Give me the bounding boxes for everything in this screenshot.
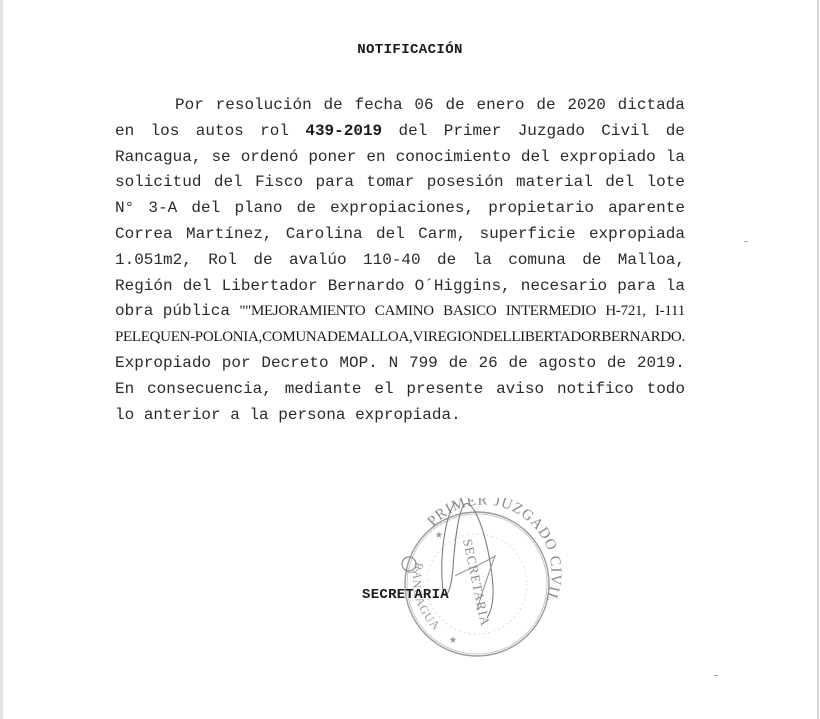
body-word: Malloa, <box>618 248 685 274</box>
svg-text:★: ★ <box>449 632 457 647</box>
body-word: de <box>253 248 272 274</box>
body-line: N°3-Adelplanodeexpropiaciones,propietari… <box>115 196 685 222</box>
body-word: LIBERTADOR <box>511 325 601 351</box>
body-word: de <box>582 248 601 274</box>
body-word: Carm, <box>418 222 466 248</box>
body-word: H-721, <box>605 299 645 325</box>
body-word: 110-40 <box>363 248 421 274</box>
body-word: superficie <box>480 222 576 248</box>
body-word: Expropiado <box>115 351 211 377</box>
body-word: de <box>324 93 343 119</box>
body-word: de <box>509 351 528 377</box>
body-word: 1.051m2, <box>115 248 192 274</box>
body-word: se <box>211 145 230 171</box>
body-word: Región <box>115 274 173 300</box>
body-word: para <box>316 170 354 196</box>
body-word: Rol <box>208 248 237 274</box>
body-word: Fisco <box>255 170 303 196</box>
body-word: en <box>366 145 385 171</box>
body-word: En <box>115 377 134 403</box>
svg-text:★: ★ <box>435 527 443 542</box>
body-word: CAMINO <box>375 299 434 325</box>
body-word: 3-A <box>148 196 177 222</box>
body-word: la <box>249 406 278 424</box>
body-line: Porresolucióndefecha06deenerode2020dicta… <box>115 93 685 119</box>
body-word: poner <box>308 145 356 171</box>
body-word: de <box>536 93 555 119</box>
body-word: conocimiento <box>396 145 511 171</box>
body-line: obrapública""MEJORAMIENTOCAMINOBASICOINT… <box>115 299 685 325</box>
body-word: Bernardo <box>328 274 405 300</box>
document-title: NOTIFICACIÓN <box>0 42 820 58</box>
body-word: MALLOA, <box>347 325 413 351</box>
body-word: a <box>230 406 249 424</box>
body-word: la <box>666 145 685 171</box>
body-word: material <box>516 170 593 196</box>
body-word: fecha <box>355 93 403 119</box>
body-word: aviso <box>496 377 544 403</box>
body-line: solicituddelFiscoparatomarposesiónmateri… <box>115 170 685 196</box>
body-word: agosto <box>539 351 597 377</box>
case-number: 439-2019 <box>305 119 382 145</box>
body-line: 1.051m2,Roldeavalúo110-40delacomunadeMal… <box>115 248 685 274</box>
body-word: de <box>445 93 464 119</box>
body-word: lote <box>646 170 684 196</box>
body-word: lo <box>115 406 144 424</box>
body-word: expropiada. <box>355 406 461 424</box>
body-word: del <box>191 196 220 222</box>
body-word: la <box>473 248 492 274</box>
body-word: COMUNA <box>262 325 327 351</box>
body-word: expropiado <box>560 145 656 171</box>
body-word: posesión <box>427 170 504 196</box>
body-word: enero <box>477 93 525 119</box>
body-word: tomar <box>366 170 414 196</box>
body-word: autos <box>196 119 244 145</box>
body-line: Enconsecuencia,medianteelpresenteavisono… <box>115 377 685 403</box>
body-word: 2020 <box>567 93 605 119</box>
body-word: resolución <box>216 93 312 119</box>
body-word: del <box>376 222 405 248</box>
body-word: aparente <box>608 196 685 222</box>
body-word: consecuencia, <box>147 377 272 403</box>
body-line: PELEQUEN-POLONIA,COMUNADEMALLOA,VIREGION… <box>115 325 685 351</box>
body-word: anterior <box>144 406 230 424</box>
body-word: del <box>399 119 428 145</box>
body-word: rol <box>260 119 289 145</box>
body-word: todo <box>647 377 685 403</box>
court-seal: PRIMER JUZGADO CIVIL RANCAGUA SECRETARIA… <box>395 498 565 658</box>
body-word: Juzgado <box>518 119 585 145</box>
body-line: Rancagua,seordenóponerenconocimientodele… <box>115 145 685 171</box>
body-word: de <box>449 351 468 377</box>
body-word: MOP. <box>339 351 377 377</box>
body-word: ""MEJORAMIENTO <box>239 299 365 325</box>
body-word: comuna <box>508 248 566 274</box>
body-word: de <box>666 119 685 145</box>
body-word: 2019. <box>637 351 685 377</box>
page-right-edge <box>817 0 819 719</box>
body-word: N <box>389 351 399 377</box>
scan-speck <box>744 241 748 242</box>
body-word: REGION <box>428 325 483 351</box>
body-word: de <box>297 196 316 222</box>
body-word: mediante <box>285 377 362 403</box>
court-seal-stamp-icon: PRIMER JUZGADO CIVIL RANCAGUA SECRETARIA… <box>395 498 565 658</box>
body-line: RegióndelLibertadorBernardoO´Higgins,nec… <box>115 274 685 300</box>
body-word: del <box>605 170 634 196</box>
body-word: avalúo <box>289 248 347 274</box>
signature-label: SECRETARIA <box>362 587 449 603</box>
body-word: Martínez, <box>186 222 272 248</box>
body-word: DEL <box>483 325 511 351</box>
body-word: 26 <box>479 351 498 377</box>
body-line: ExpropiadoporDecretoMOP.N799de26deagosto… <box>115 351 685 377</box>
page-left-edge <box>0 0 3 719</box>
body-word: Civil <box>601 119 649 145</box>
body-word: dictada <box>618 93 685 119</box>
body-word: pública <box>163 299 230 325</box>
body-word: Rancagua, <box>115 145 201 171</box>
document-title-text: NOTIFICACIÓN <box>357 42 463 58</box>
body-word: los <box>151 119 180 145</box>
body-word: de <box>437 248 456 274</box>
body-word: presente <box>406 377 483 403</box>
body-word: Carolina <box>286 222 363 248</box>
body-word: I-111 <box>655 299 685 325</box>
body-word: BASICO <box>443 299 496 325</box>
body-word: para <box>617 274 655 300</box>
body-word: O´Higgins, <box>415 274 511 300</box>
body-word: la <box>666 274 685 300</box>
body-word: expropiada <box>589 222 685 248</box>
body-word: del <box>521 145 550 171</box>
body-word: BERNARDO. <box>601 325 685 351</box>
body-word: propietario <box>488 196 594 222</box>
body-word: Libertador <box>222 274 318 300</box>
body-word: 799 <box>409 351 438 377</box>
body-word: VI <box>413 325 428 351</box>
body-word: N° <box>115 196 134 222</box>
body-line: CorreaMartínez,CarolinadelCarm,superfici… <box>115 222 685 248</box>
body-word: Primer <box>444 119 502 145</box>
body-word: DE <box>327 325 346 351</box>
body-word: persona <box>278 406 355 424</box>
body-word: solicitud <box>115 170 201 196</box>
body-word: PELEQUEN-POLONIA, <box>115 325 262 351</box>
body-word: INTERMEDIO <box>506 299 596 325</box>
body-word: necesario <box>521 274 607 300</box>
body-word: Decreto <box>261 351 328 377</box>
notification-body: Porresolucióndefecha06deenerode2020dicta… <box>115 93 685 428</box>
body-word: 06 <box>414 93 433 119</box>
scan-speck <box>714 675 718 676</box>
body-word: Por <box>175 93 204 119</box>
body-word: por <box>222 351 251 377</box>
body-word: obra <box>115 299 153 325</box>
body-word: del <box>183 274 212 300</box>
body-word: en <box>115 119 134 145</box>
body-word: del <box>214 170 243 196</box>
body-word: expropiaciones, <box>330 196 474 222</box>
body-word: notifico <box>557 377 634 403</box>
body-word: plano <box>234 196 282 222</box>
body-word: ordenó <box>241 145 299 171</box>
body-word: de <box>607 351 626 377</box>
body-line: enlosautosrol439-2019delPrimerJuzgadoCiv… <box>115 119 685 145</box>
body-line: lo anterior a la persona expropiada. <box>115 403 685 429</box>
body-word: el <box>374 377 393 403</box>
body-word: Correa <box>115 222 173 248</box>
